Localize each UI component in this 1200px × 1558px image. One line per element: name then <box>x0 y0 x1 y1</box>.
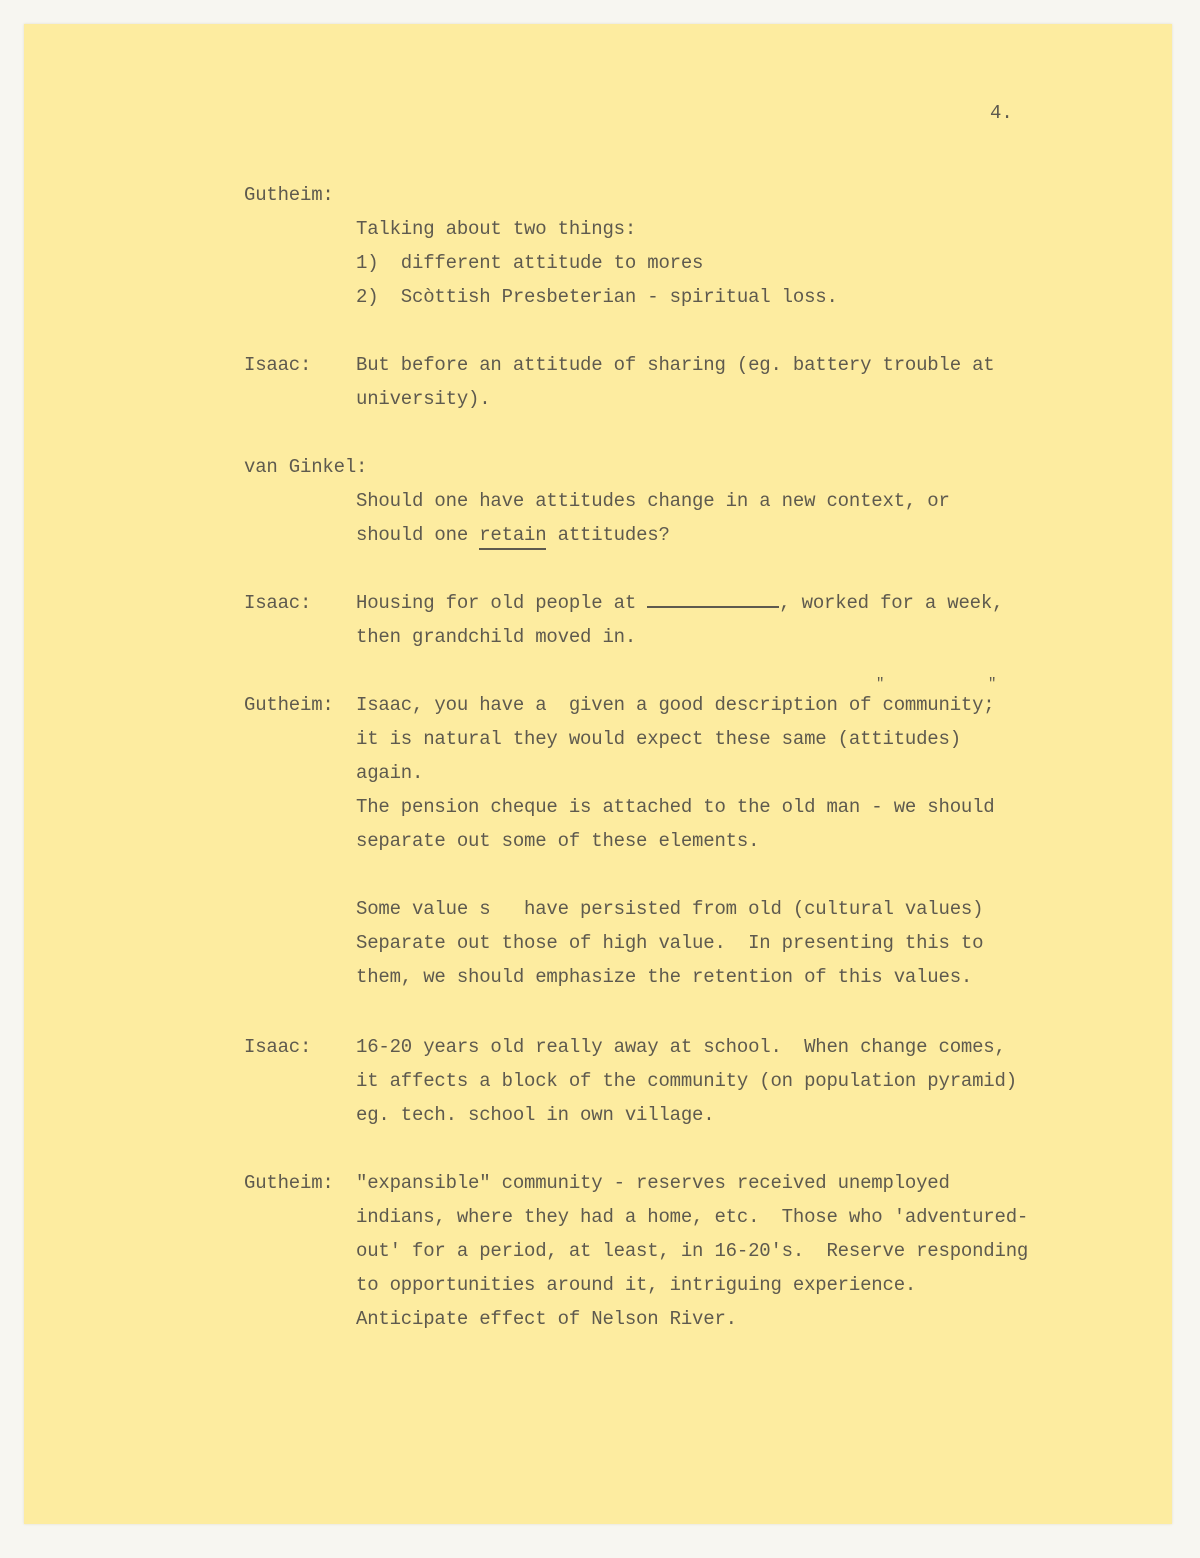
speaker-label: Gutheim: <box>244 688 334 722</box>
typed-page: 4. Gutheim: Talking about two things: 1)… <box>24 24 1172 1524</box>
text-line: 16-20 years old really away at school. W… <box>356 1030 1006 1064</box>
text-line: Some value s have persisted from old (cu… <box>356 892 983 926</box>
text-line: Isaac, you have a given a good descripti… <box>356 688 995 722</box>
speaker-label: Isaac: <box>244 1030 311 1064</box>
text-line: The pension cheque is attached to the ol… <box>356 790 995 824</box>
text-fragment: , worked for a week, <box>779 592 1003 614</box>
text-line: Should one have attitudes change in a ne… <box>356 484 950 518</box>
text-line: them, we should emphasize the retention … <box>356 960 972 994</box>
text-line: university). <box>356 382 490 416</box>
text-line: indians, where they had a home, etc. Tho… <box>356 1200 1028 1234</box>
speaker-label: Isaac: <box>244 348 311 382</box>
text-line: Housing for old people at , worked for a… <box>356 586 1003 620</box>
text-fragment: should one <box>356 524 479 546</box>
text-line: again. <box>356 756 423 790</box>
blank-fill-line <box>647 588 779 608</box>
text-line: out' for a period, at least, in 16-20's.… <box>356 1234 1028 1268</box>
text-fragment: Housing for old people at <box>356 592 647 614</box>
list-item: 1) different attitude to mores <box>356 246 703 280</box>
list-item: 2) Scòttish Presbeterian - spiritual los… <box>356 280 838 314</box>
text-line: then grandchild moved in. <box>356 620 636 654</box>
text-line: to opportunities around it, intriguing e… <box>356 1268 916 1302</box>
text-line: it affects a block of the community (on … <box>356 1064 1017 1098</box>
text-line: But before an attitude of sharing (eg. b… <box>356 348 995 382</box>
speaker-label: Gutheim: <box>244 1166 334 1200</box>
text-line: should one retain attitudes? <box>356 518 670 552</box>
text-line: "expansible" community - reserves receiv… <box>356 1166 950 1200</box>
text-line: Talking about two things: <box>356 212 636 246</box>
speaker-label: van Ginkel: <box>244 450 367 484</box>
speaker-label: Isaac: <box>244 586 311 620</box>
page-number: 4. <box>990 102 1013 124</box>
text-line: Separate out those of high value. In pre… <box>356 926 983 960</box>
underlined-word: retain <box>479 524 546 550</box>
text-line: Anticipate effect of Nelson River. <box>356 1302 737 1336</box>
text-line: it is natural they would expect these sa… <box>356 722 961 756</box>
text-line: eg. tech. school in own village. <box>356 1098 714 1132</box>
text-fragment: attitudes? <box>546 524 669 546</box>
text-line: separate out some of these elements. <box>356 824 759 858</box>
speaker-label: Gutheim: <box>244 178 334 212</box>
